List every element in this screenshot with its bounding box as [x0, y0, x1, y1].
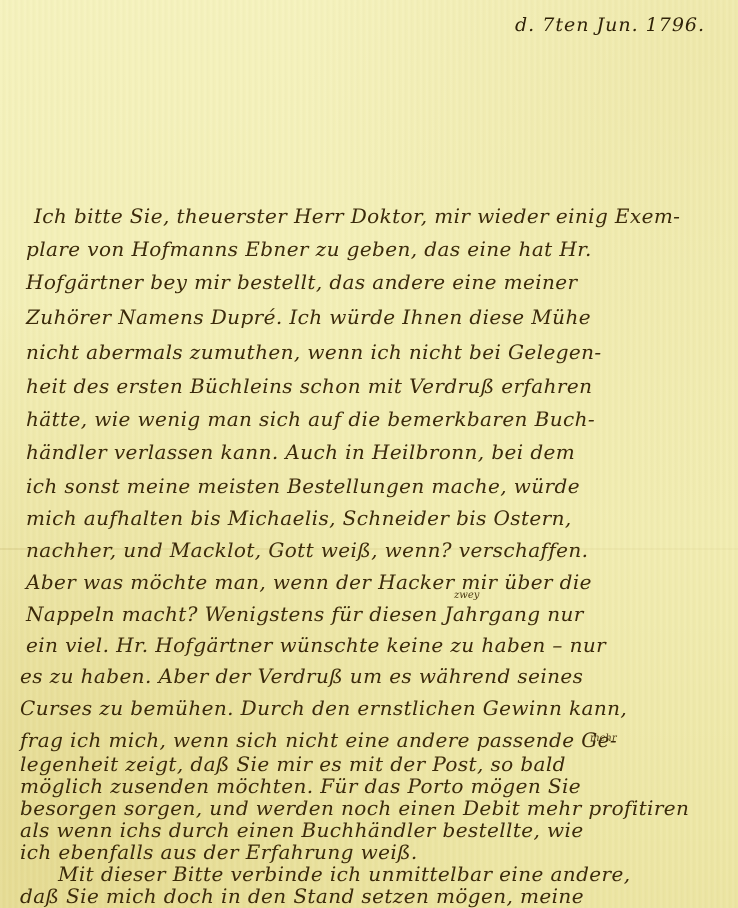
letter-line: Nappeln macht? Wenigstens für diesen Jah…: [26, 602, 584, 626]
letter-date: d. 7ten Jun. 1796.: [515, 14, 705, 36]
letter-line: möglich zusenden möchten. Für das Porto …: [20, 774, 581, 798]
letter-page: d. 7ten Jun. 1796. Ich bitte Sie, theuer…: [0, 0, 738, 908]
letter-line: ein viel. Hr. Hofgärtner wünschte keine …: [26, 633, 606, 657]
letter-line: Hofgärtner bey mir bestellt, das andere …: [26, 270, 577, 294]
paper-fold: [0, 548, 738, 550]
letter-line: Curses zu bemühen. Durch den ernstlichen…: [20, 696, 627, 720]
letter-line: Ich bitte Sie, theuerster Herr Doktor, m…: [34, 204, 680, 228]
letter-line: hätte, wie wenig man sich auf die bemerk…: [26, 407, 595, 431]
letter-line: frag ich mich, wenn sich nicht eine ande…: [20, 728, 617, 752]
letter-line: händler verlassen kann. Auch in Heilbron…: [26, 440, 575, 464]
letter-line: als wenn ichs durch einen Buchhändler be…: [20, 818, 584, 842]
letter-line: nachher, und Macklot, Gott weiß, wenn? v…: [26, 538, 588, 562]
letter-line: mich aufhalten bis Michaelis, Schneider …: [26, 506, 572, 530]
letter-line: Zuhörer Namens Dupré. Ich würde Ihnen di…: [26, 305, 591, 329]
letter-line: heit des ersten Büchleins schon mit Verd…: [26, 374, 592, 398]
letter-line: Mit dieser Bitte verbinde ich unmittelba…: [58, 862, 630, 886]
letter-line: es zu haben. Aber der Verdruß um es währ…: [20, 664, 583, 688]
letter-line: ich sonst meine meisten Bestellungen mac…: [26, 474, 580, 498]
letter-line: ich ebenfalls aus der Erfahrung weiß.: [20, 840, 418, 864]
letter-line: nicht abermals zumuthen, wenn ich nicht …: [26, 340, 602, 364]
letter-line: Aber was möchte man, wenn der Hacker mir…: [26, 570, 592, 594]
letter-line: legenheit zeigt, daß Sie mir es mit der …: [20, 752, 566, 776]
interlinear-insertion: mehr: [590, 733, 617, 744]
letter-line: daß Sie mich doch in den Stand setzen mö…: [20, 884, 584, 908]
letter-line: besorgen sorgen, und werden noch einen D…: [20, 796, 689, 820]
interlinear-insertion: zwey: [454, 590, 479, 601]
letter-line: plare von Hofmanns Ebner zu geben, das e…: [26, 237, 592, 261]
